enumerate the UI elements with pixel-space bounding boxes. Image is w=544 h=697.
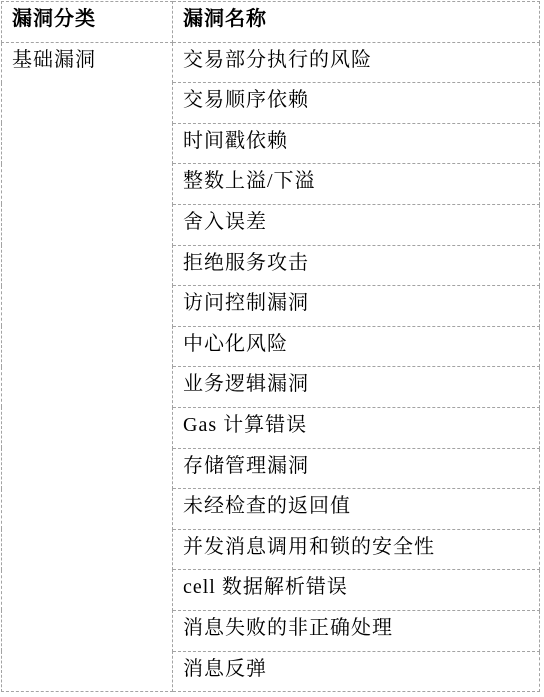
column-header-name: 漏洞名称 [173,2,540,43]
vulnerability-name-cell: 访问控制漏洞 [173,286,540,327]
vulnerability-name-cell: 并发消息调用和锁的安全性 [173,529,540,570]
vulnerability-name-cell: 未经检查的返回值 [173,489,540,530]
vulnerability-name-cell: 交易顺序依赖 [173,83,540,124]
vulnerability-table-container: 漏洞分类 漏洞名称 基础漏洞 交易部分执行的风险 交易顺序依赖 时间戳依赖 整数… [1,1,540,692]
column-header-category: 漏洞分类 [2,2,173,43]
vulnerability-table: 漏洞分类 漏洞名称 基础漏洞 交易部分执行的风险 交易顺序依赖 时间戳依赖 整数… [1,1,540,692]
category-cell: 基础漏洞 [2,42,173,692]
vulnerability-name-cell: 交易部分执行的风险 [173,42,540,83]
header-row: 漏洞分类 漏洞名称 [2,2,540,43]
vulnerability-name-cell: 存储管理漏洞 [173,448,540,489]
vulnerability-name-cell: 业务逻辑漏洞 [173,367,540,408]
vulnerability-name-cell: 整数上溢/下溢 [173,164,540,205]
vulnerability-name-cell: 消息反弹 [173,651,540,692]
vulnerability-name-cell: 消息失败的非正确处理 [173,610,540,651]
vulnerability-name-cell: 中心化风险 [173,326,540,367]
vulnerability-name-cell: Gas 计算错误 [173,407,540,448]
table-row: 基础漏洞 交易部分执行的风险 [2,42,540,83]
vulnerability-name-cell: 拒绝服务攻击 [173,245,540,286]
vulnerability-name-cell: 时间戳依赖 [173,123,540,164]
vulnerability-name-cell: 舍入误差 [173,204,540,245]
vulnerability-name-cell: cell 数据解析错误 [173,570,540,611]
